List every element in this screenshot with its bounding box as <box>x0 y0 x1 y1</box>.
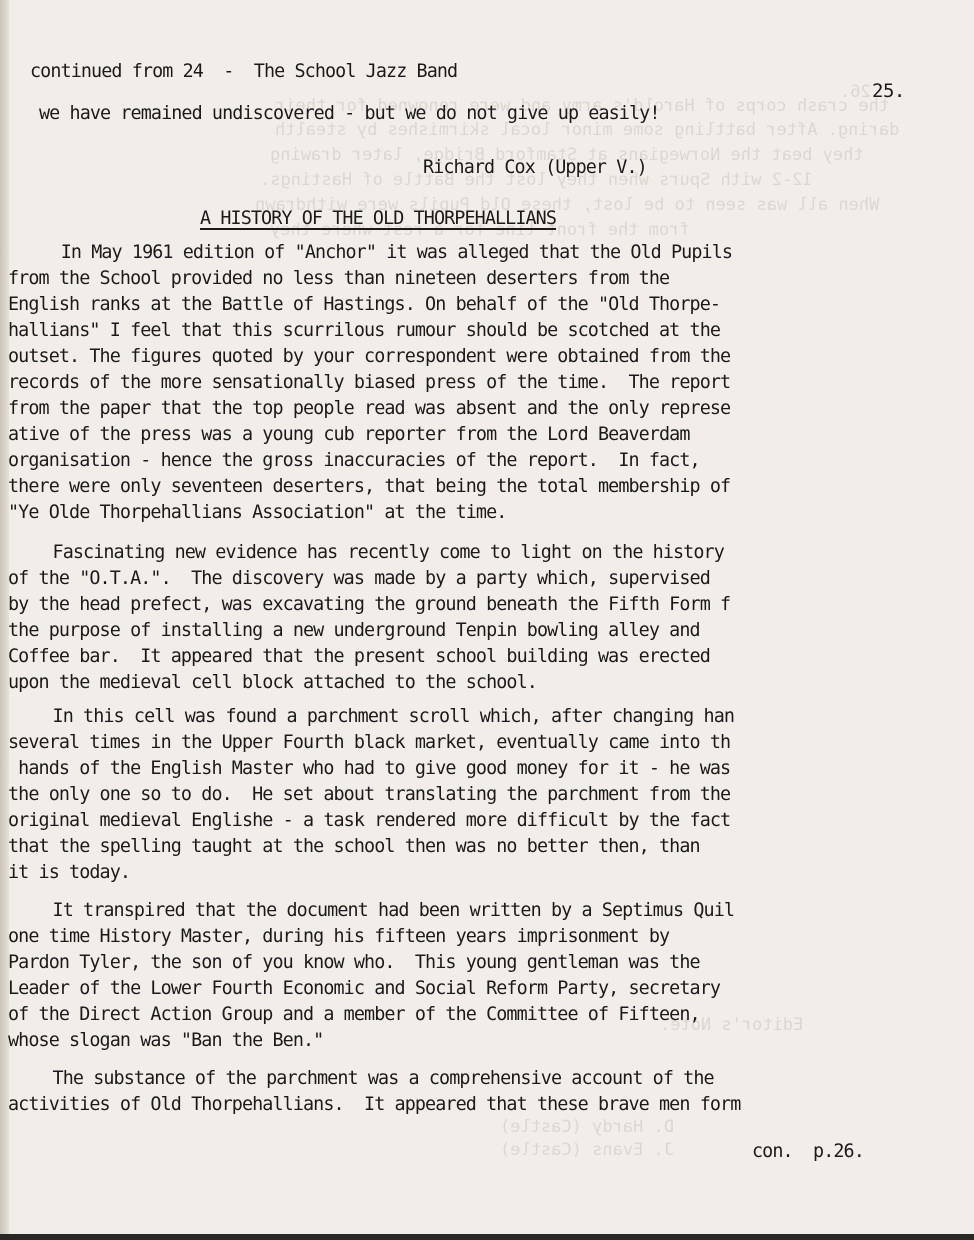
body-line: the purpose of installing a new undergro… <box>8 622 700 640</box>
page-number: 25. <box>872 80 905 102</box>
jazz-band-author: Richard Cox (Upper V.) <box>423 159 647 177</box>
body-line: "Ye Olde Thorpehallians Association" at … <box>8 504 506 522</box>
body-line: It transpired that the document had been… <box>22 902 734 920</box>
body-line: In this cell was found a parchment scrol… <box>22 708 734 726</box>
body-line: from the School provided no less than ni… <box>8 270 669 288</box>
body-line: one time History Master, during his fift… <box>8 928 669 946</box>
body-line: whose slogan was "Ban the Ben." <box>8 1032 323 1050</box>
body-line: several times in the Upper Fourth black … <box>8 734 730 752</box>
bleed-through-credit: J. Evans (Castle) <box>500 1140 674 1160</box>
body-line: by the head prefect, was excavating the … <box>8 596 730 614</box>
body-line: The substance of the parchment was a com… <box>22 1070 714 1088</box>
body-line: Fascinating new evidence has recently co… <box>22 544 724 562</box>
body-line: hallians" I feel that this scurrilous ru… <box>8 322 720 340</box>
body-line: outset. The figures quoted by your corre… <box>8 348 730 366</box>
body-line: Leader of the Lower Fourth Economic and … <box>8 980 720 998</box>
body-line: English ranks at the Battle of Hastings.… <box>8 296 720 314</box>
page-bottom-edge <box>0 1234 974 1240</box>
body-line: of the "O.T.A.". The discovery was made … <box>8 570 710 588</box>
body-line: from the paper that the top people read … <box>8 400 730 418</box>
body-line: records of the more sensationally biased… <box>8 374 730 392</box>
body-line: Pardon Tyler, the son of you know who. T… <box>8 954 700 972</box>
body-line: upon the medieval cell block attached to… <box>8 674 537 692</box>
continued-on-page-note: con. p.26. <box>752 1143 864 1161</box>
body-line: the only one so to do. He set about tran… <box>8 786 730 804</box>
continuation-header: continued from 24 - The School Jazz Band <box>30 63 457 81</box>
body-line: original medieval Englishe - a task rend… <box>8 812 730 830</box>
bleed-through-credit: D. Hardy (Castle) <box>500 1117 674 1137</box>
body-line: Coffee bar. It appeared that the present… <box>8 648 710 666</box>
body-line: of the Direct Action Group and a member … <box>8 1006 700 1024</box>
body-line: it is today. <box>8 864 130 882</box>
body-line: there were only seventeen deserters, tha… <box>8 478 730 496</box>
article-title: A HISTORY OF THE OLD THORPEHALLIANS <box>200 210 556 228</box>
jazz-band-closing-line: we have remained undiscovered - but we d… <box>39 105 660 123</box>
body-line: activities of Old Thorpehallians. It app… <box>8 1096 740 1114</box>
body-line: organisation - hence the gross inaccurac… <box>8 452 700 470</box>
scanned-page: 26. the crash corps of Harold's army and… <box>0 0 974 1234</box>
body-line: In May 1961 edition of "Anchor" it was a… <box>20 244 732 262</box>
body-line: that the spelling taught at the school t… <box>8 838 700 856</box>
body-line: ative of the press was a young cub repor… <box>8 426 690 444</box>
body-line: hands of the English Master who had to g… <box>8 760 730 778</box>
